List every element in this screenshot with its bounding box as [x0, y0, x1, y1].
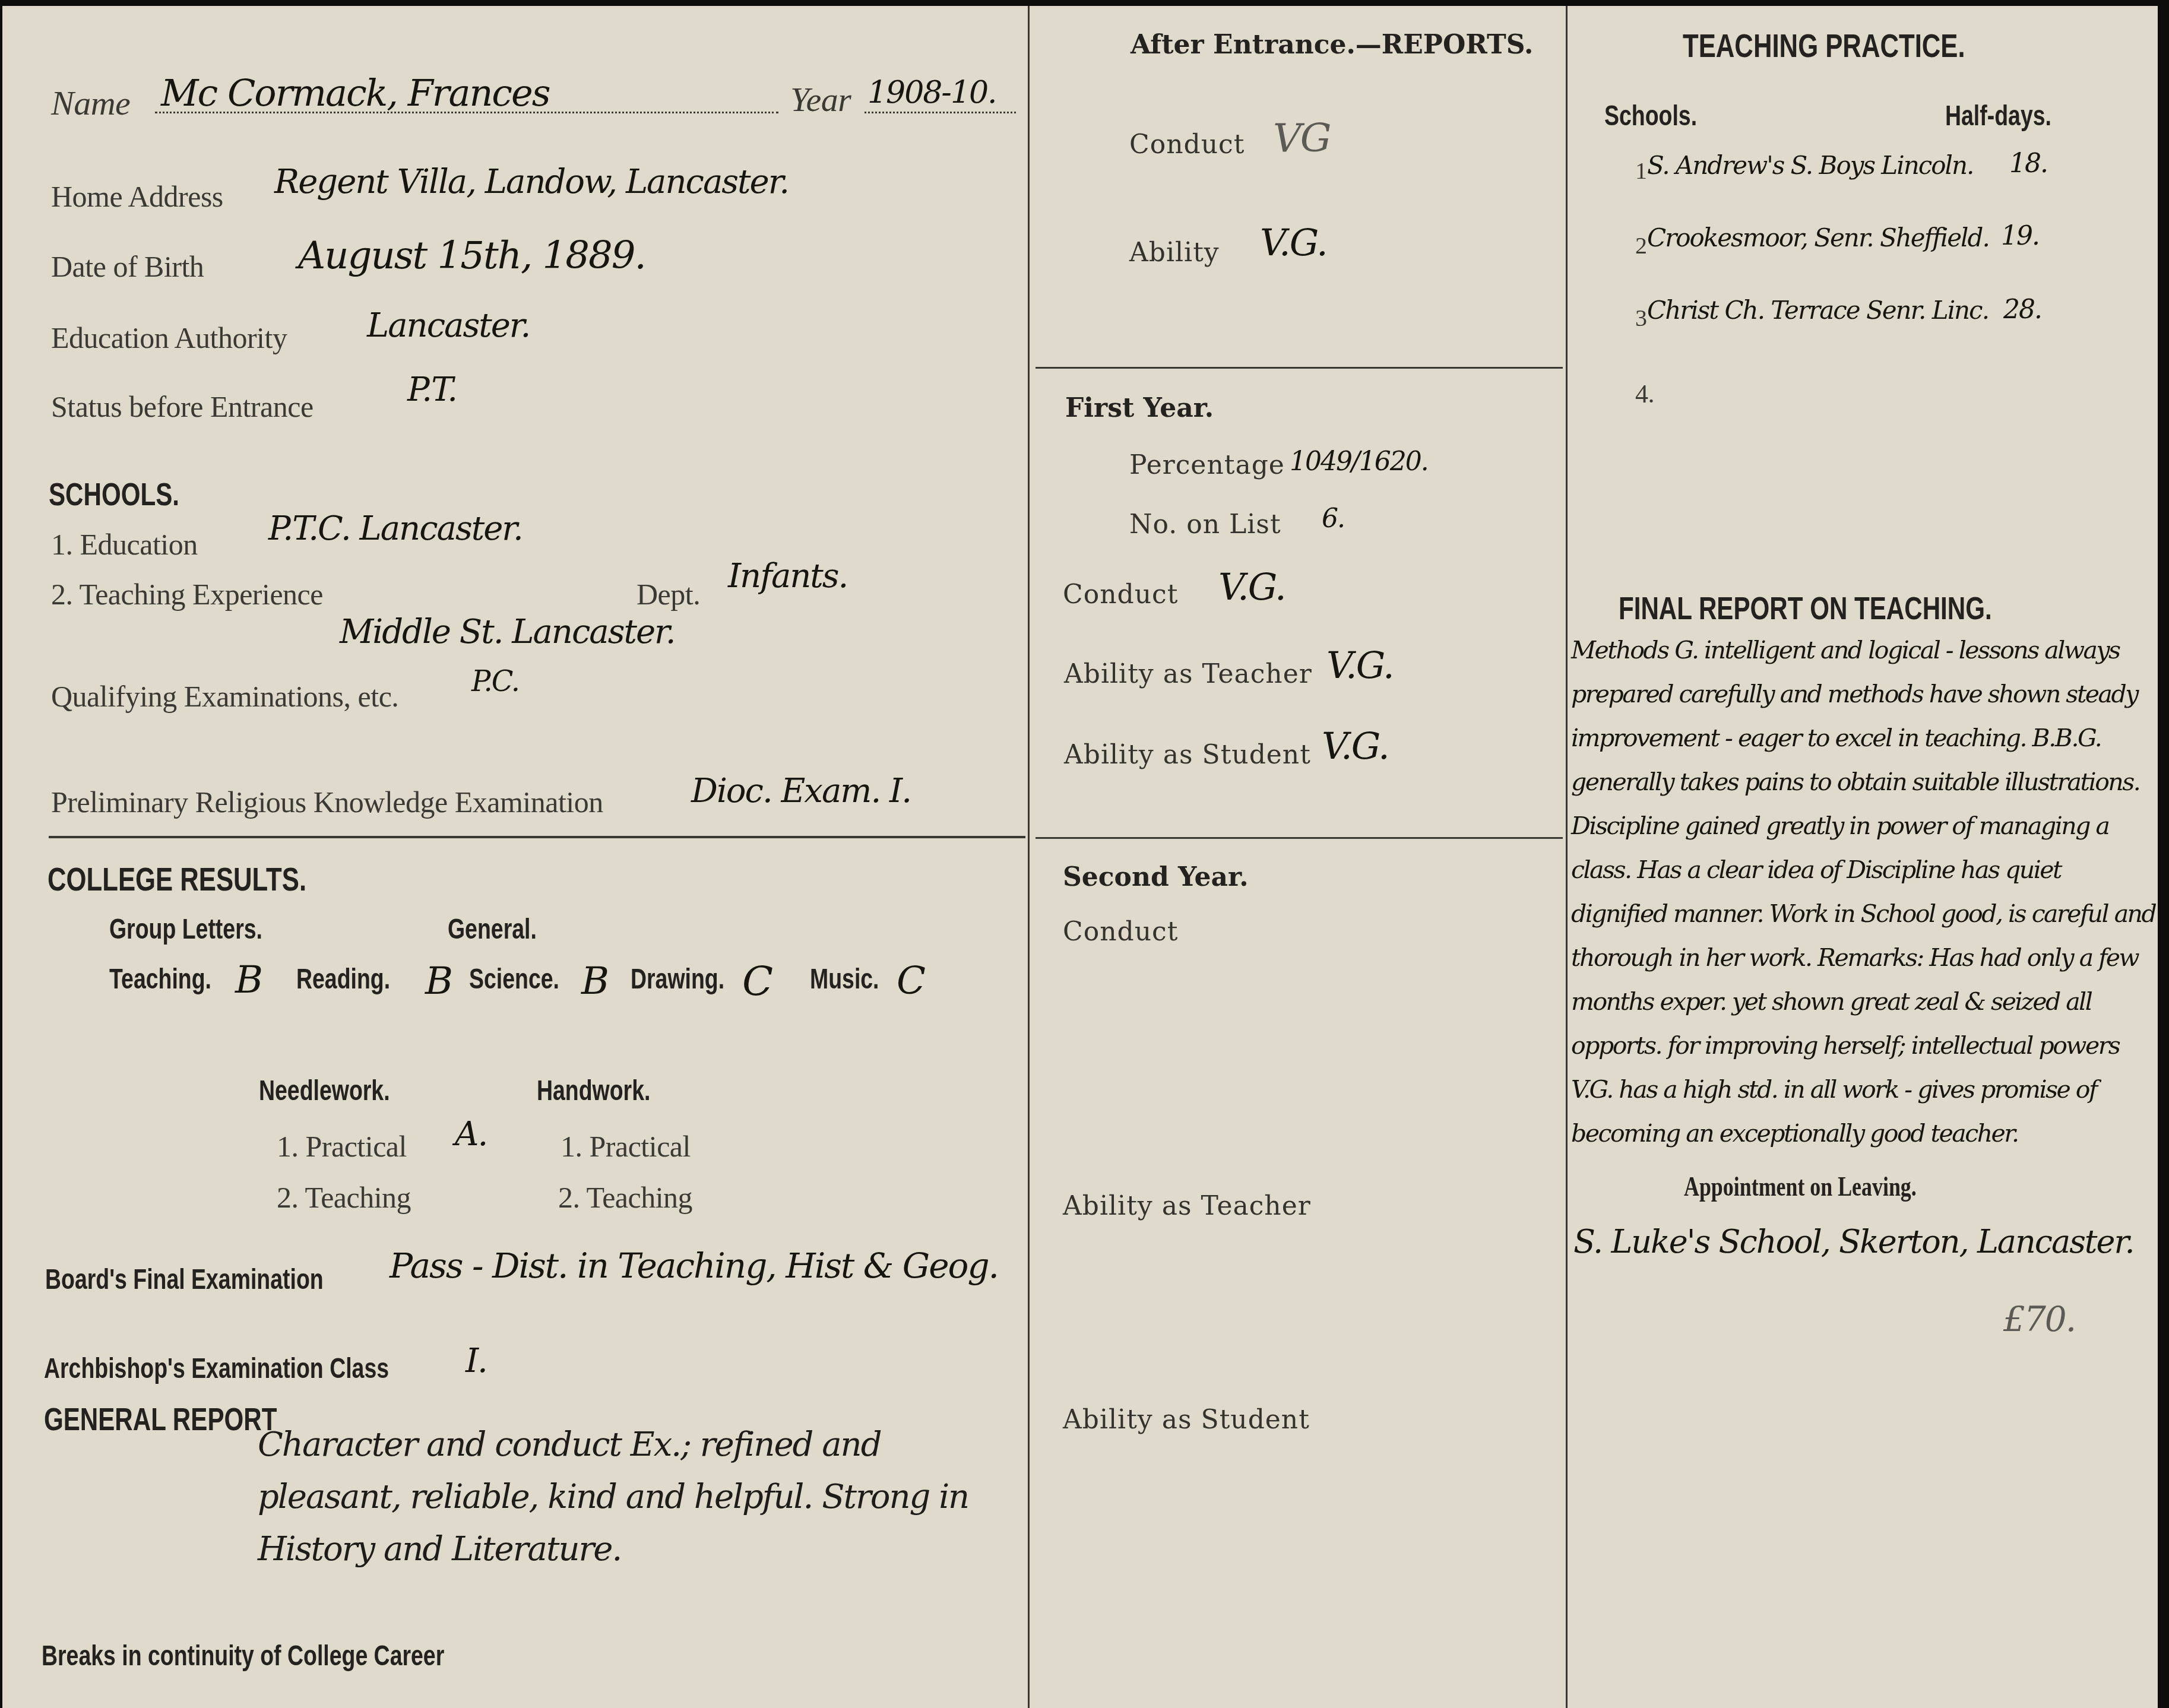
qualifying-exams-label: Qualifying Examinations, etc.	[51, 679, 398, 714]
needlework-practical-label: 1. Practical	[277, 1129, 407, 1164]
college-results-heading: COLLEGE RESULTS.	[48, 860, 306, 898]
practice-school: Crookesmoor, Senr. Sheffield.	[1647, 223, 1989, 252]
practice-halfdays: 18.	[2009, 148, 2047, 179]
schools-column-label: Schools.	[1604, 100, 1697, 132]
practice-row-1: 1 S. Andrew's S. Boys Lincoln. 18.	[1635, 147, 2110, 189]
practice-num: 2	[1635, 232, 1647, 259]
practice-row-2: 2 Crookesmoor, Senr. Sheffield. 19.	[1635, 218, 2110, 260]
grade-value-music: C	[897, 959, 924, 1003]
dept-label: Dept.	[637, 577, 700, 611]
archbishop-exam-label: Archbishop's Examination Class	[44, 1352, 389, 1385]
handwork-teaching-label: 2. Teaching	[558, 1180, 692, 1215]
ae-ability-label: Ability	[1129, 237, 1220, 268]
fy-ability-student-label: Ability as Student	[1064, 740, 1311, 770]
grade-subject-teaching: Teaching.	[109, 963, 211, 996]
student-record-card: Name Mc Cormack, Frances Year 1908-10. H…	[2, 6, 2158, 1708]
sy-conduct-label: Conduct	[1063, 917, 1178, 947]
home-address-value: Regent Villa, Landow, Lancaster.	[274, 163, 789, 201]
archbishop-exam-value: I.	[466, 1342, 487, 1380]
second-year-heading: Second Year.	[1063, 862, 1249, 892]
practice-halfdays: 19.	[2001, 221, 2039, 251]
fy-ability-teacher-label: Ability as Teacher	[1064, 659, 1312, 689]
divider-left-schools	[49, 836, 1025, 838]
practice-row-4: 4.	[1635, 374, 2110, 416]
ae-conduct-value: VG	[1273, 115, 1330, 161]
fy-ability-student-value: V.G.	[1322, 724, 1389, 768]
practice-num: 3	[1635, 304, 1647, 332]
prelim-religious-exam-label: Preliminary Religious Knowledge Examinat…	[51, 785, 603, 819]
divider-middle-first-year	[1036, 367, 1563, 369]
sy-ability-teacher-label: Ability as Teacher	[1063, 1191, 1311, 1221]
grade-value-reading: B	[425, 959, 452, 1003]
grade-subject-drawing: Drawing.	[631, 963, 724, 996]
ae-ability-value: V.G.	[1260, 221, 1327, 264]
fy-ability-teacher-value: V.G.	[1326, 644, 1394, 687]
handwork-heading: Handwork.	[537, 1075, 650, 1107]
home-address-label: Home Address	[51, 179, 223, 214]
column-divider-left	[1028, 6, 1030, 1708]
education-value: P.T.C. Lancaster.	[268, 509, 523, 548]
grade-subject-reading: Reading.	[296, 963, 390, 996]
needlework-practical-value: A.	[455, 1115, 487, 1154]
education-label: 1. Education	[51, 527, 198, 562]
practice-school: Christ Ch. Terrace Senr. Linc.	[1647, 296, 1988, 325]
dept-value: Infants.	[728, 557, 847, 595]
breaks-in-continuity-label: Breaks in continuity of College Career	[42, 1640, 444, 1672]
group-letters-label: Group Letters.	[109, 913, 262, 946]
schools-heading: SCHOOLS.	[49, 476, 179, 513]
needlework-heading: Needlework.	[259, 1075, 390, 1107]
dob-label: Date of Birth	[51, 249, 204, 284]
no-on-list-value: 6.	[1322, 503, 1344, 534]
final-report-value: Methods G. intelligent and logical - les…	[1571, 628, 2159, 1155]
teaching-practice-heading: TEACHING PRACTICE.	[1683, 26, 1965, 65]
grade-subject-music: Music.	[810, 963, 879, 996]
status-label: Status before Entrance	[51, 389, 314, 424]
grade-subject-science: Science.	[469, 963, 559, 996]
group-grades-row: Teaching. B Reading. B Science. B Drawin…	[109, 963, 988, 1004]
practice-num: 1	[1635, 157, 1647, 185]
name-row: Name Mc Cormack, Frances Year 1908-10.	[51, 71, 1025, 125]
grade-value-teaching: B	[235, 958, 262, 1002]
fy-conduct-label: Conduct	[1063, 579, 1178, 610]
education-authority-label: Education Authority	[51, 321, 287, 355]
practice-num: 4.	[1635, 379, 1654, 409]
teaching-experience-value: Middle St. Lancaster.	[340, 613, 675, 651]
after-entrance-heading: After Entrance.—REPORTS.	[1131, 30, 1533, 60]
boards-final-exam-value: Pass - Dist. in Teaching, Hist & Geog.	[390, 1246, 998, 1286]
year-value: 1908-10.	[867, 75, 996, 110]
general-report-label: GENERAL REPORT	[44, 1401, 277, 1438]
practice-row-3: 3 Christ Ch. Terrace Senr. Linc. 28.	[1635, 291, 2110, 332]
grade-value-science: B	[581, 959, 608, 1003]
column-divider-right	[1566, 6, 1568, 1708]
appointment-on-leaving-value: S. Luke's School, Skerton, Lancaster.	[1573, 1223, 2134, 1260]
name-value: Mc Cormack, Frances	[161, 71, 550, 115]
percentage-value: 1049/1620.	[1290, 446, 1428, 477]
education-authority-value: Lancaster.	[367, 306, 530, 345]
appointment-on-leaving-label: Appointment on Leaving.	[1684, 1171, 1917, 1202]
no-on-list-label: No. on List	[1129, 509, 1281, 540]
salary-note: £70.	[2003, 1299, 2075, 1339]
qualifying-exams-value: P.C.	[471, 665, 519, 698]
practice-halfdays: 28.	[2003, 294, 2041, 325]
status-value: P.T.	[407, 370, 457, 409]
grade-value-drawing: C	[742, 958, 772, 1005]
final-report-heading: FINAL REPORT ON TEACHING.	[1619, 590, 1992, 627]
practice-school: S. Andrew's S. Boys Lincoln.	[1647, 151, 1973, 180]
name-label: Name	[51, 83, 130, 123]
general-report-value: Character and conduct Ex.; refined and p…	[258, 1419, 1012, 1576]
teaching-experience-label: 2. Teaching Experience	[51, 577, 323, 611]
year-dotted-line	[865, 112, 1016, 113]
needlework-teaching-label: 2. Teaching	[277, 1180, 411, 1215]
divider-middle-second-year	[1036, 837, 1563, 839]
ae-conduct-label: Conduct	[1129, 129, 1245, 160]
handwork-practical-label: 1. Practical	[561, 1129, 691, 1164]
sy-ability-student-label: Ability as Student	[1063, 1405, 1310, 1435]
first-year-heading: First Year.	[1065, 393, 1214, 423]
prelim-religious-exam-value: Dioc. Exam. I.	[691, 772, 911, 810]
general-label: General.	[448, 913, 537, 946]
fy-conduct-value: V.G.	[1218, 565, 1285, 609]
halfdays-column-label: Half-days.	[1945, 100, 2051, 132]
year-label: Year	[790, 80, 851, 119]
percentage-label: Percentage	[1129, 450, 1285, 480]
boards-final-exam-label: Board's Final Examination	[45, 1263, 324, 1296]
dob-value: August 15th, 1889.	[298, 234, 645, 278]
